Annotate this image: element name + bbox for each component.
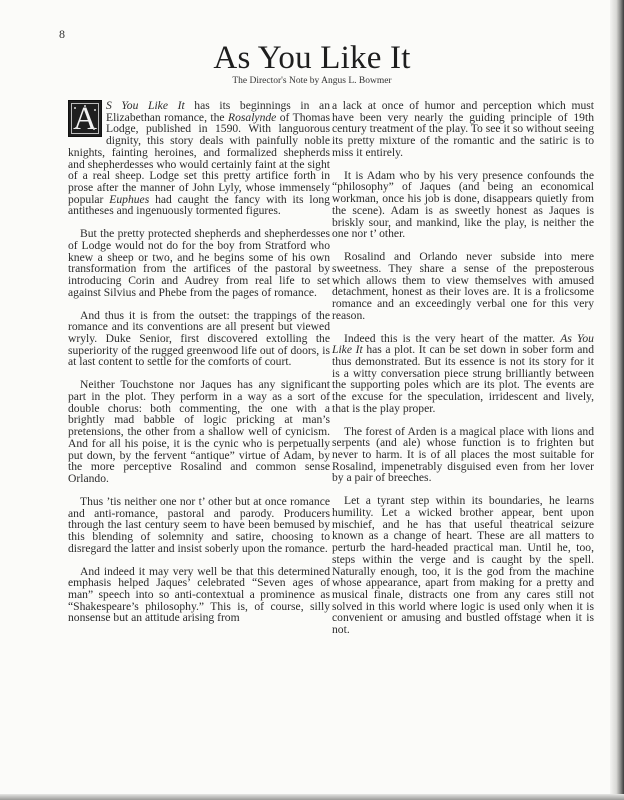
paragraph-6: And indeed it may very well be that this…	[68, 566, 330, 625]
page-bottom-shadow	[0, 794, 624, 800]
left-column: A S You Like It has its beginnings in an…	[68, 100, 330, 635]
paragraph-7: a lack at once of humor and perception w…	[332, 100, 594, 159]
paragraph-3: And thus it is from the outset: the trap…	[68, 310, 330, 369]
paragraph-8: It is Adam who by his very presence conf…	[332, 170, 594, 240]
paragraph-1: A S You Like It has its beginnings in an…	[68, 100, 330, 217]
paragraph-9: Rosalind and Orlando never subside into …	[332, 251, 594, 321]
paragraph-10: Indeed this is the very heart of the mat…	[332, 333, 594, 415]
page-edge-shadow	[610, 0, 624, 800]
paragraph-5: Thus ’tis neither one nor t’ other but a…	[68, 496, 330, 555]
page-title: As You Like It	[0, 40, 624, 77]
ornamental-drop-cap-icon: A	[68, 100, 102, 137]
paragraph-2: But the pretty protected shepherds and s…	[68, 228, 330, 298]
right-column: a lack at once of humor and perception w…	[332, 100, 594, 647]
paragraph-4: Neither Touchstone nor Jaques has any si…	[68, 379, 330, 484]
paragraph-11: The forest of Arden is a magical place w…	[332, 426, 594, 485]
paragraph-12: Let a tyrant step within its boundaries,…	[332, 495, 594, 635]
byline: The Director's Note by Angus L. Bowmer	[0, 76, 624, 86]
